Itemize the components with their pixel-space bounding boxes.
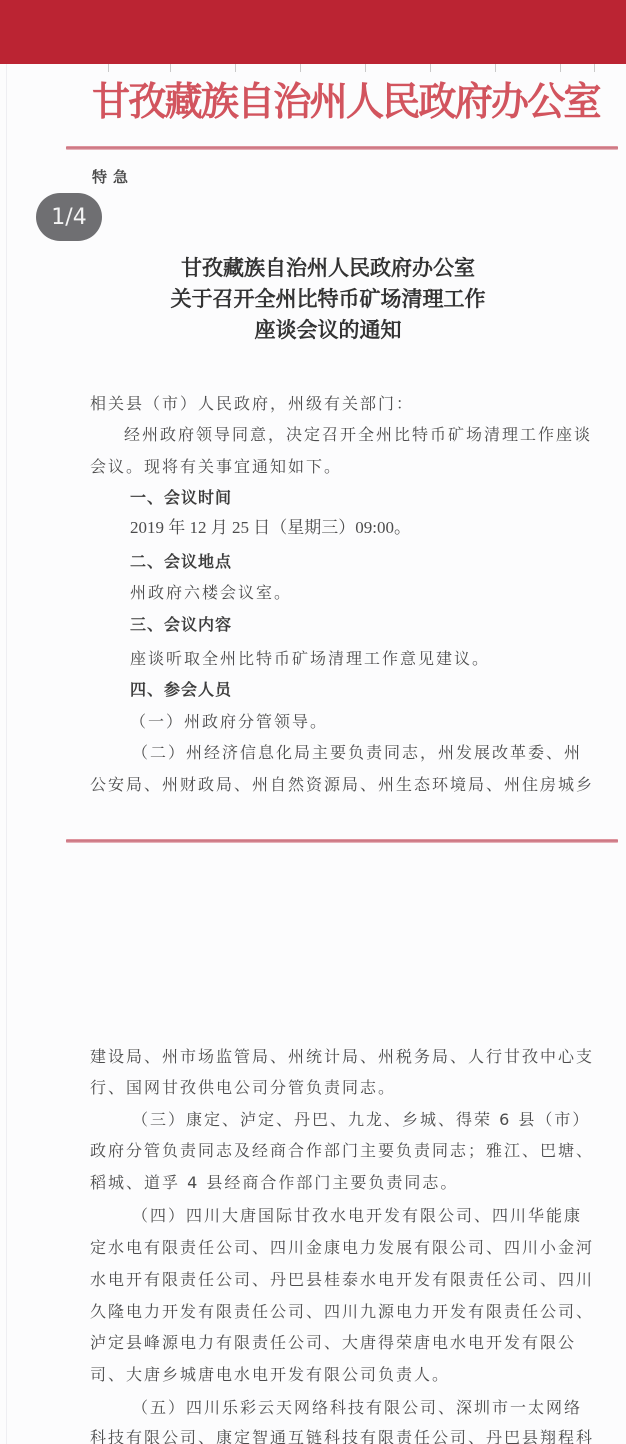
body-line: 行、国网甘孜供电公司分管负责同志。 — [90, 1076, 396, 1100]
meeting-place: 州政府六楼会议室。 — [130, 581, 292, 605]
section-heading-attendees: 四、参会人员 — [130, 678, 232, 702]
body-line: 久隆电力开发有限责任公司、四川九源电力开发有限责任公司、 — [90, 1300, 594, 1324]
body-line: 司、大唐乡城唐电水电开发有限公司负责人。 — [90, 1363, 450, 1387]
title-line: 座谈会议的通知 — [30, 314, 626, 345]
body-line: 科技有限公司、康定智通互链科技有限责任公司、丹巴县翔程科 — [90, 1426, 594, 1444]
section-heading-time: 一、会议时间 — [130, 486, 232, 510]
title-line: 关于召开全州比特币矿场清理工作 — [30, 283, 626, 314]
attendee-item: （二）州经济信息化局主要负责同志，州发展改革委、州 — [132, 741, 582, 765]
meeting-time: 2019 年 12 月 25 日（星期三）09:00。 — [130, 516, 411, 540]
body-line: （五）四川乐彩云天网络科技有限公司、深圳市一太网络 — [132, 1396, 582, 1420]
salutation: 相关县（市）人民政府，州级有关部门： — [90, 392, 414, 416]
intro-line: 会议。现将有关事宜通知如下。 — [90, 455, 342, 479]
body-line: （三）康定、泸定、丹巴、九龙、乡城、得荣 6 县（市） — [132, 1108, 590, 1132]
attendee-item: 公安局、州财政局、州自然资源局、州生态环境局、州住房城乡 — [90, 773, 594, 797]
meeting-content: 座谈听取全州比特币矿场清理工作意见建议。 — [130, 647, 490, 671]
letterhead-rule — [66, 146, 618, 150]
urgency-label: 特急 — [92, 166, 134, 187]
body-line: 泸定县峰源电力有限责任公司、大唐得荣唐电水电开发有限公 — [90, 1331, 576, 1355]
section-heading-content: 三、会议内容 — [130, 613, 232, 637]
intro-line: 经州政府领导同意，决定召开全州比特币矿场清理工作座谈 — [124, 423, 592, 447]
section-heading-place: 二、会议地点 — [130, 550, 232, 574]
body-line: 定水电有限责任公司、四川金康电力发展有限公司、四川小金河 — [90, 1236, 594, 1260]
body-line: 稻城、道孚 4 县经商合作部门主要负责同志。 — [90, 1171, 458, 1195]
body-line: 建设局、州市场监管局、州统计局、州税务局、人行甘孜中心支 — [90, 1045, 594, 1069]
body-line: 政府分管负责同志及经商合作部门主要负责同志；雅江、巴塘、 — [90, 1139, 594, 1163]
page-footer-rule — [66, 839, 618, 843]
document-title: 甘孜藏族自治州人民政府办公室 关于召开全州比特币矿场清理工作 座谈会议的通知 — [0, 252, 626, 345]
body-line: 水电开有限责任公司、丹巴县桂泰水电开发有限责任公司、四川 — [90, 1268, 594, 1292]
attendee-item: （一）州政府分管领导。 — [130, 710, 328, 734]
page-indicator: 1/4 — [36, 193, 102, 241]
top-bar — [0, 0, 626, 64]
body-line: （四）四川大唐国际甘孜水电开发有限公司、四川华能康 — [132, 1204, 582, 1228]
title-line: 甘孜藏族自治州人民政府办公室 — [30, 252, 626, 283]
letterhead: 甘孜藏族自治州人民政府办公室 — [92, 72, 592, 132]
